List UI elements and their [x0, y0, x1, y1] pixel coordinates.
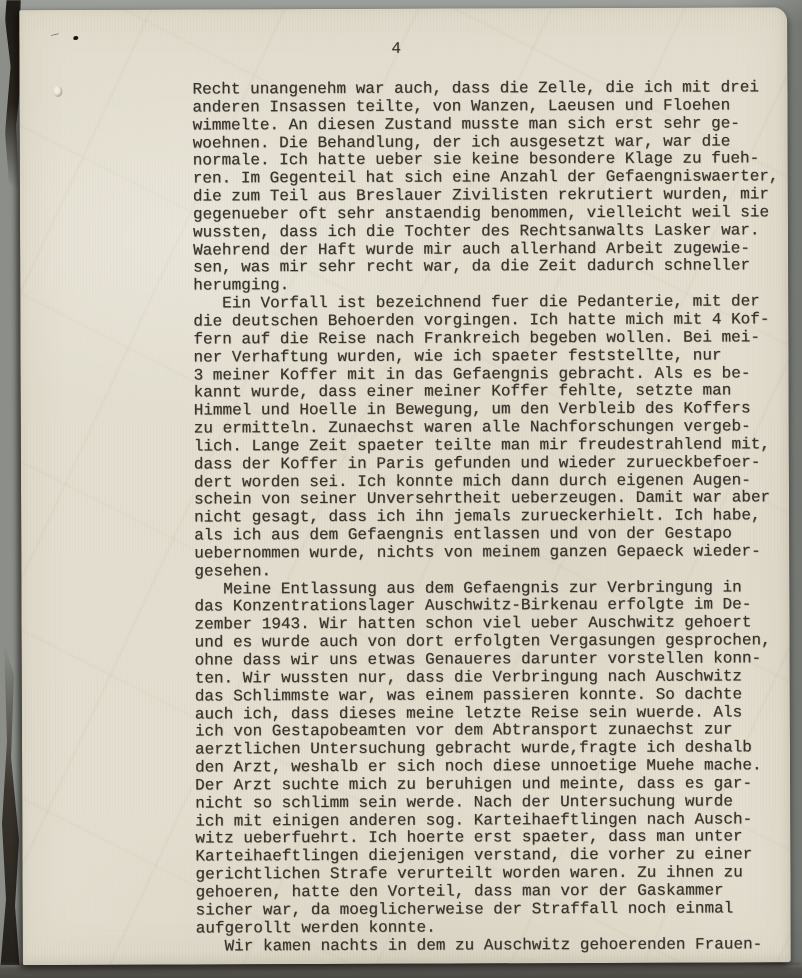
document-page: 4 Recht unangenehm war auch, dass die Ze… [19, 7, 791, 965]
paper-blemish [51, 33, 60, 39]
album-binding-edge-bottom [0, 642, 20, 972]
paragraph-cell-conditions: Recht unangenehm war auch, dass die Zell… [192, 79, 785, 295]
paragraph-arrival-night: Wir kamen nachts in dem zu Auschwitz geh… [196, 936, 788, 956]
backdrop-bottom-strip [0, 965, 802, 978]
scanned-photo-backdrop: 4 Recht unangenehm war auch, dass die Ze… [0, 0, 802, 978]
paragraph-suitcase-incident: Ein Vorfall ist bezeichnend fuer die Ped… [193, 293, 786, 581]
document-text: Recht unangenehm war auch, dass die Zell… [192, 79, 787, 956]
paper-dent [53, 86, 62, 97]
paragraph-transfer-auschwitz: Meine Entlassung aus dem Gefaengnis zur … [194, 579, 787, 938]
ink-speck [73, 36, 78, 40]
page-number: 4 [391, 40, 401, 58]
